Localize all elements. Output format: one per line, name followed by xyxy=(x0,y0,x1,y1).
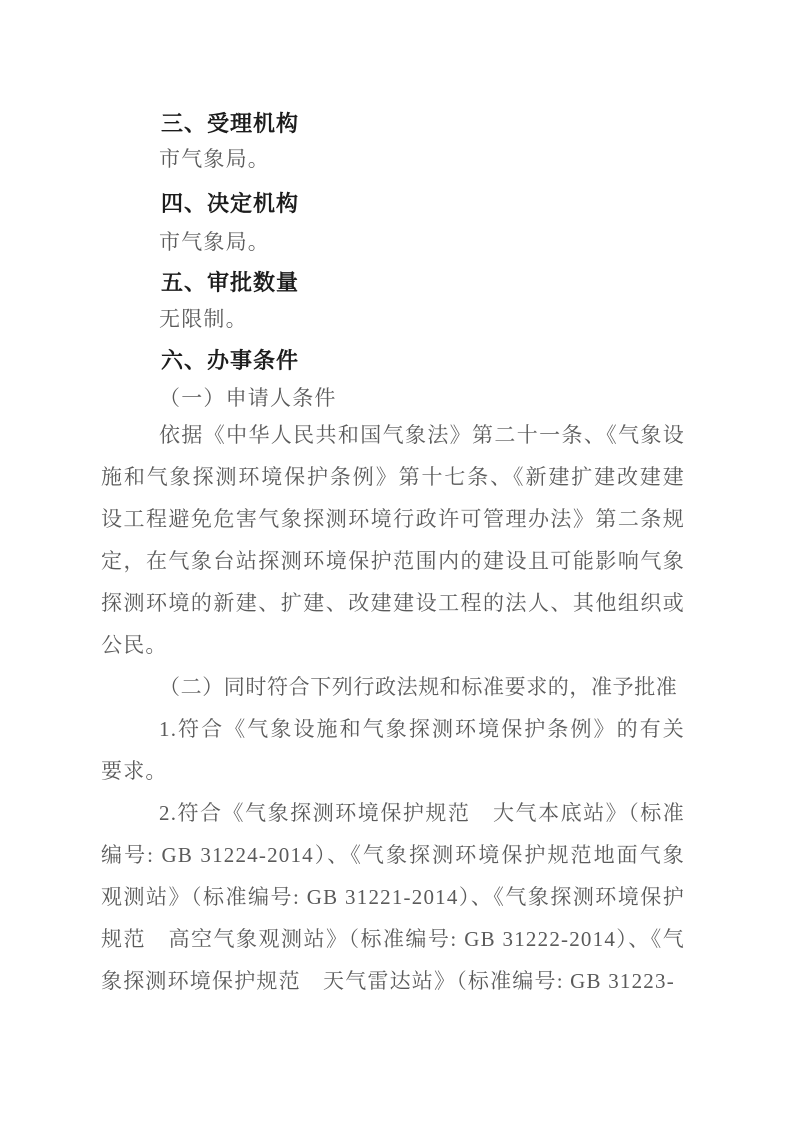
heading-accepting-authority: 三、受理机构 xyxy=(101,109,685,139)
para-applicant-conditions-detail: 依据《中华人民共和国气象法》第二十一条、《气象设施和气象探测环境保护条例》第十七… xyxy=(101,414,685,666)
para-criterion-2: 2.符合《气象探测环境保护规范 大气本底站》（标准编号: GB 31224-20… xyxy=(101,792,685,1002)
para-approval-criteria-title: （二）同时符合下列行政法规和标准要求的，准予批准 xyxy=(101,666,685,708)
para-criterion-1: 1.符合《气象设施和气象探测环境保护条例》的有关要求。 xyxy=(101,708,685,792)
heading-deciding-authority: 四、决定机构 xyxy=(101,189,685,219)
para-approval-quantity-value: 无限制。 xyxy=(101,303,685,335)
para-deciding-authority-value: 市气象局。 xyxy=(101,226,685,258)
para-applicant-conditions-title: （一）申请人条件 xyxy=(101,382,685,414)
para-accepting-authority-value: 市气象局。 xyxy=(101,143,685,175)
heading-approval-quantity: 五、审批数量 xyxy=(101,268,685,298)
document-body: 三、受理机构 市气象局。 四、决定机构 市气象局。 五、审批数量 无限制。 六、… xyxy=(101,0,685,1002)
document-page: 三、受理机构 市气象局。 四、决定机构 市气象局。 五、审批数量 无限制。 六、… xyxy=(0,0,793,1122)
heading-service-conditions: 六、办事条件 xyxy=(101,346,685,376)
